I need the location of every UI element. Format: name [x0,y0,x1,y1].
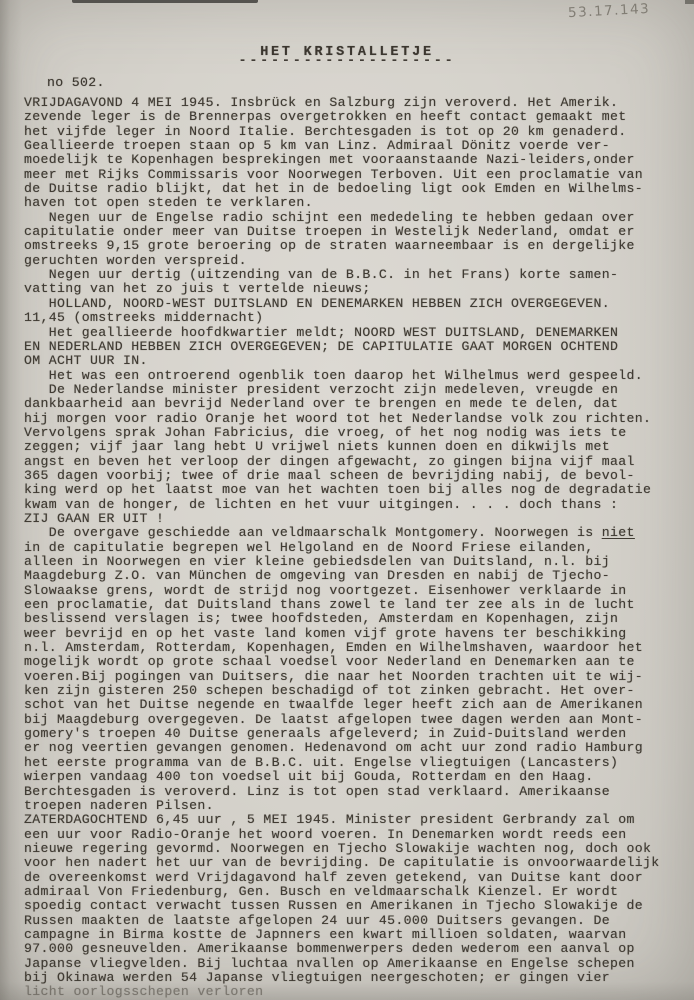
body-line: gomery's troepen 40 Duitse generaals afg… [24,727,690,741]
body-line: meer met Rijks Commissaris voor Noorwege… [24,168,690,182]
body-line: ken zijn gisteren 250 schepen beschadigd… [24,684,690,698]
issue-number: no 502. [47,75,105,90]
body-line: een proclamatie, dat Duitsland thans zow… [24,598,690,612]
body-line: angst en beven het verloop der dingen af… [24,455,690,469]
body-line: 11,45 (omstreeks middernacht) [24,311,690,325]
underlined-word: niet [602,525,635,540]
body-line: Slowaakse grens, wordt de strijd nog voo… [24,584,690,598]
body-line: Negen uur de Engelse radio schijnt een m… [24,211,690,225]
body-line: Het geallieerde hoofdkwartier meldt; NOO… [24,326,690,340]
body-line: moedelijk te Kopenhagen besprekingen met… [24,153,690,167]
body-line: admiraal Von Friedenburg, Gen. Busch en … [24,885,690,899]
body-line: kwam van de honger, de lichten en het vu… [24,498,690,512]
body-line: omstreeks 9,15 grote beroering op de str… [24,239,690,253]
body-line: alleen in Noorwegen en vier kleine gebie… [24,555,690,569]
body-line: beslissend verslagen is; twee hoofdstede… [24,612,690,626]
body-line: campagne in Birma kostte de Japnners een… [24,928,690,942]
body-line: de overeenkomst werd Vrijdagavond half z… [24,871,690,885]
body-line: Vervolgens sprak Johan Fabricius, die vr… [24,426,690,440]
body-line: spoedig contact verwacht tussen Russen e… [24,899,690,913]
body-line: OM ACHT UUR IN. [24,354,690,368]
body-line: hij morgen voor radio Oranje het woord t… [24,412,690,426]
body-line: dankbaarheid aan bevrijd Nederland over … [24,397,690,411]
body-line: licht oorlogsschepen verloren [24,985,690,999]
body-line: Het was een ontroerend ogenblik toen daa… [24,369,690,383]
body-line: HOLLAND, NOORD-WEST DUITSLAND EN DENEMAR… [24,297,690,311]
body-line: het eerste programma van de B.B.C. uit. … [24,756,690,770]
title-underline: -------------------- [0,56,694,68]
body-line: wierpen vandaag 400 ton voedsel uit bij … [24,770,690,784]
body-line: bij Maagdeburg overgegeven. De laatst af… [24,713,690,727]
body-line: voor hen nadert het uur van de bevrijdin… [24,856,690,870]
scan-edge-artifact-corner [685,0,694,4]
body-line: de Duitse radio blijkt, dat het in de be… [24,182,690,196]
masthead: HET KRISTALLETJE -------------------- [0,45,694,68]
body-line: het vijfde leger in Noord Italie. Bercht… [24,125,690,139]
body-line: weer bevrijd en op het vaste land komen … [24,627,690,641]
body-line: in de capitulatie begrepen wel Helgoland… [24,541,690,555]
body-line: nieuwe regering gevormd. Noorwegen en Tj… [24,842,690,856]
scanned-document-page: 53.17.143 HET KRISTALLETJE -------------… [0,0,694,1000]
body-line: Maagdeburg Z.O. van München de omgeving … [24,569,690,583]
body-line: troepen naderen Pilsen. [24,799,690,813]
body-line: Japanse vliegvelden. Bij luchtaa nvallen… [24,957,690,971]
body-line: Berchtesgaden is veroverd. Linz is tot o… [24,785,690,799]
body-line: zevende leger is de Brennerpas overgetro… [24,110,690,124]
body-line: haven tot open steden te verklaren. [24,196,690,210]
handwritten-archive-number: 53.17.143 [567,1,650,21]
body-line: De Nederlandse minister president verzoc… [24,383,690,397]
body-line: een uur voor Radio-Oranje het woord voer… [24,828,690,842]
body-line: geruchten worden verspreid. [24,254,690,268]
body-line: zeggen; vijf jaar lang hebt U vrijwel ni… [24,440,690,454]
body-line: bij Okinawa werden 54 Japanse vliegtuige… [24,971,690,985]
body-line: Negen uur dertig (uitzending van de B.B.… [24,268,690,282]
body-line: Geallieerde troepen staan op 5 km van Li… [24,139,690,153]
body-line: 365 dagen voorbij; twee of drie maal sch… [24,469,690,483]
body-line: voeren.Bij pogingen van Duitsers, die na… [24,670,690,684]
body-line: vatting van het zo juis t vertelde nieuw… [24,282,690,296]
body-line: capitulatie onder meer van Duitse troepe… [24,225,690,239]
body-line: schot van het Duitse negende en twaalfde… [24,698,690,712]
body-line: er nog veertien gevangen genomen. Hedena… [24,741,690,755]
body-line: VRIJDAGAVOND 4 MEI 1945. Insbrück en Sal… [24,96,690,110]
scan-edge-artifact-top [72,0,258,3]
body-line: mogelijk wordt op grote schaal voedsel v… [24,655,690,669]
body-line: Russen maakten de laatste afgelopen 24 u… [24,914,690,928]
body-line: 97.000 gesneuvelden. Amerikaanse bommenw… [24,942,690,956]
newsletter-body: VRIJDAGAVOND 4 MEI 1945. Insbrück en Sal… [24,96,690,1000]
body-line: king werd op het laatst moe van het wach… [24,483,690,497]
body-line: EN NEDERLAND HEBBEN ZICH OVERGEGEVEN; DE… [24,340,690,354]
body-line: ZATERDAGOCHTEND 6,45 uur , 5 MEI 1945. M… [24,813,690,827]
body-line: n.l. Amsterdam, Rotterdam, Kopenhagen, E… [24,641,690,655]
body-line: ZIJ GAAN ER UIT ! [24,512,690,526]
body-line: De overgave geschiedde aan veldmaarschal… [24,526,690,540]
